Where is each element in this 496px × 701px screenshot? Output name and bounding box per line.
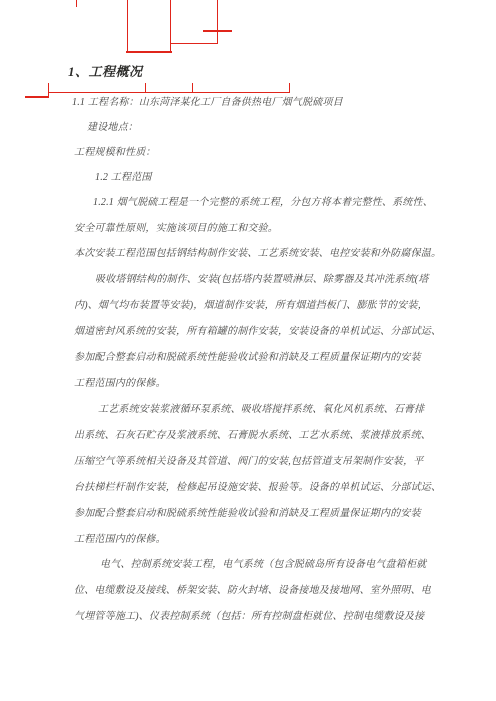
red-mark-top-vline-b [170, 0, 171, 52]
text-line: 本次安装工程范围包括钢结构制作安装、工艺系统安装、电控安装和外防腐保温。 [74, 247, 441, 260]
text-line: 1.1 工程名称：山东菏泽某化工厂自备供热电厂烟气脱硫项目 [72, 96, 343, 109]
text-line: 吸收塔钢结构的制作、安装(包括塔内装置喷淋层、除雾器及其冲洗系统(塔 [95, 273, 428, 286]
red-mark-bracket-tick-4 [289, 83, 290, 93]
document-page: 1、工程概况 1.1 工程名称：山东菏泽某化工厂自备供热电厂烟气脱硫项目建设地点… [0, 0, 496, 701]
text-line: 工程规模和性质： [74, 146, 156, 159]
red-mark-top-tick-left [76, 0, 77, 7]
text-line: 内)、烟气均布装置等安装)，烟道制作安装，所有烟道挡板门、膨胀节的安装， [74, 299, 428, 312]
text-line: 压缩空气等系统相关设备及其管道、阀门的安装,包括管道支吊架制作安装，平 [74, 455, 424, 468]
red-mark-top-vline-c [217, 0, 218, 44]
red-mark-top-crossbar [203, 30, 232, 32]
red-mark-bracket-left-hline [25, 96, 49, 98]
text-line: 气埋管等施工)、仪表控制系统（包括：所有控制盘柜就位、控制电缆敷设及接 [74, 610, 424, 623]
red-mark-bracket-tick-1 [48, 83, 49, 92]
text-line: 位、电缆敷设及接线、桥架安装、防火封堵、设备接地及接地网、室外照明、电 [74, 584, 431, 597]
text-line: 工程范围内的保修。 [74, 533, 166, 546]
section-heading: 1、工程概况 [68, 61, 143, 80]
red-mark-top-hline-u-bottom [126, 51, 172, 53]
text-line: 台扶梯栏杆制作安装，检修起吊设施安装、报验等。设备的单机试运、分部试运、 [74, 481, 441, 494]
red-mark-bracket-tick-2 [145, 83, 146, 92]
text-line: 1.2.1 烟气脱硫工程是一个完整的系统工程，分包方将本着完整性、系统性、 [93, 196, 433, 209]
text-line: 烟道密封风系统的安装，所有箱罐的制作安装，安装设备的单机试运、分部试运、 [74, 325, 441, 338]
text-line: 参加配合整套启动和脱硫系统性能验收试验和消缺及工程质量保证期内的安装 [74, 507, 421, 520]
text-line: 电气、控制系统安装工程，电气系统（包含脱硫岛所有设备电气盘箱柜就 [100, 558, 426, 571]
red-mark-top-vline-a [127, 0, 128, 52]
text-line: 工艺系统安装浆液循环泵系统、吸收塔搅拌系统、氧化风机系统、石膏排 [98, 403, 424, 416]
text-line: 1.2 工程范围 [95, 171, 152, 184]
text-line: 出系统、石灰石贮存及浆液系统、石膏脱水系统、工艺水系统、浆液排放系统、 [74, 429, 431, 442]
red-mark-bracket-tick-3 [192, 83, 193, 92]
text-line: 建设地点： [87, 121, 138, 134]
red-mark-bracket-hline [48, 92, 290, 93]
red-mark-top-hline-step [170, 43, 218, 44]
text-line: 安全可靠性原则，实施该项目的施工和交验。 [74, 222, 278, 235]
text-line: 工程范围内的保修。 [74, 377, 166, 390]
text-line: 参加配合整套启动和脱硫系统性能验收试验和消缺及工程质量保证期内的安装 [74, 351, 421, 364]
